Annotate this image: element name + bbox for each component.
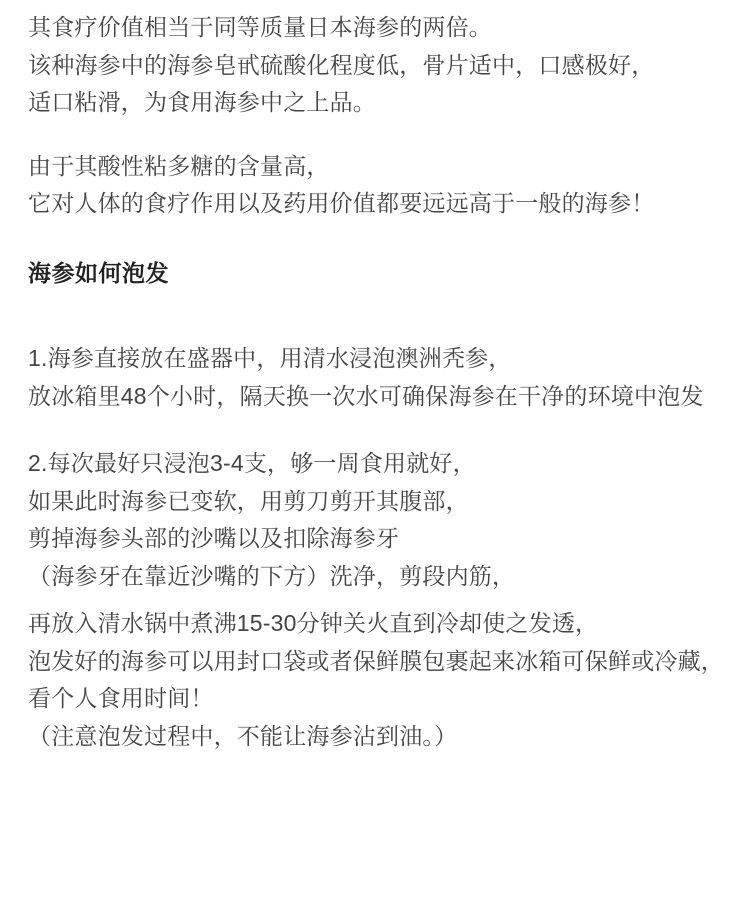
article-page: 其食疗价值相当于同等质量日本海参的两倍。 该种海参中的海参皂甙硫酸化程度低，骨片…	[0, 0, 750, 902]
text-line: 由于其酸性粘多糖的含量高，	[28, 148, 720, 186]
text-line: 它对人体的食疗作用以及药用价值都要远远高于一般的海参！	[28, 185, 720, 223]
text-line: 泡发好的海参可以用封口袋或者保鲜膜包裹起来冰箱可保鲜或冷藏，	[28, 643, 720, 681]
step-2-paragraph: 2.每次最好只浸泡3-4支，够一周食用就好， 如果此时海参已变软，用剪刀剪开其腹…	[28, 445, 720, 595]
step-1-paragraph: 1.海参直接放在盛器中，用清水浸泡澳洲秃参， 放冰箱里48个小时，隔天换一次水可…	[28, 340, 720, 415]
intro-paragraph-2: 由于其酸性粘多糖的含量高， 它对人体的食疗作用以及药用价值都要远远高于一般的海参…	[28, 148, 720, 223]
text-line: 其食疗价值相当于同等质量日本海参的两倍。	[28, 9, 720, 47]
text-line: （海参牙在靠近沙嘴的下方）洗净，剪段内筋，	[28, 558, 720, 596]
text-line: 该种海参中的海参皂甙硫酸化程度低，骨片适中，口感极好，	[28, 47, 720, 85]
intro-paragraph-1: 其食疗价值相当于同等质量日本海参的两倍。 该种海参中的海参皂甙硫酸化程度低，骨片…	[28, 9, 720, 122]
text-line: （注意泡发过程中，不能让海参沾到油。）	[28, 718, 720, 756]
text-line: 适口粘滑，为食用海参中之上品。	[28, 84, 720, 122]
text-line: 1.海参直接放在盛器中，用清水浸泡澳洲秃参，	[28, 340, 720, 378]
step-3-paragraph: 再放入清水锅中煮沸15-30分钟关火直到冷却使之发透， 泡发好的海参可以用封口袋…	[28, 605, 720, 755]
text-line: 再放入清水锅中煮沸15-30分钟关火直到冷却使之发透，	[28, 605, 720, 643]
text-line: 2.每次最好只浸泡3-4支，够一周食用就好，	[28, 445, 720, 483]
section-heading: 海参如何泡发	[28, 255, 720, 293]
text-line: 看个人食用时间！	[28, 680, 720, 718]
text-line: 放冰箱里48个小时，隔天换一次水可确保海参在干净的环境中泡发	[28, 378, 720, 416]
text-line: 如果此时海参已变软，用剪刀剪开其腹部，	[28, 483, 720, 521]
text-line: 剪掉海参头部的沙嘴以及扣除海参牙	[28, 520, 720, 558]
